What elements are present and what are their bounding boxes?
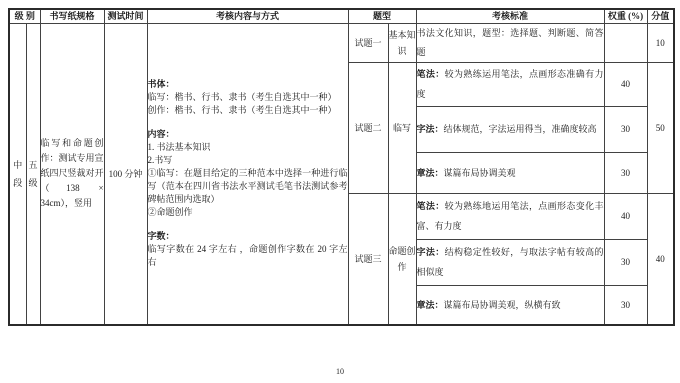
score-cell: 10 — [647, 23, 674, 62]
criteria-text: 书法文化知识，题型：选择题、判断题、简答题 — [417, 28, 604, 57]
paper-spec-cell: 临写和命题创作：测试专用宣纸四尺竖裁对开（138 × 34cm），竖用 — [40, 23, 104, 325]
section-line: 临写字数在 24 字左右 ，命题创作字数在 20 字左右 — [148, 243, 348, 269]
criteria-cell: 笔法：较为熟练地运用笔法，点画形态变化丰富、有力度 — [416, 193, 604, 239]
header-test-time: 测试时间 — [104, 9, 147, 23]
header-paper-spec: 书写纸规格 — [40, 9, 104, 23]
criteria-cell: 笔法：较为熟练运用笔法，点画形态准确有力度 — [416, 62, 604, 106]
page-number: 10 — [0, 367, 680, 376]
criteria-cell: 章法：谋篇布局协调美观，纵横有致 — [416, 285, 604, 325]
question-1-cell: 试题一 — [348, 23, 388, 62]
section-line: 临写：楷书、行书、隶书（考生自选其中一种） — [148, 91, 348, 104]
criteria-cell: 字法：结体规范，字法运用得当，准确度较高 — [416, 106, 604, 152]
criteria-text: 较为熟练运用笔法，点画形态准确有力度 — [417, 69, 604, 99]
header-weight: 权重 (%) — [604, 9, 647, 23]
question-3-cell: 试题三 — [348, 193, 388, 325]
header-content-method: 考核内容与方式 — [147, 9, 348, 23]
weight-cell: 30 — [604, 239, 647, 285]
table-header-row: 级 别 书写纸规格 测试时间 考核内容与方式 题型 考核标准 权重 (%) 分值 — [9, 9, 674, 23]
question-3-type-cell: 命题创作 — [388, 193, 416, 325]
section-title: 内容： — [148, 129, 175, 139]
weight-cell: 30 — [604, 285, 647, 325]
criteria-cell: 章法：谋篇布局协调美观 — [416, 152, 604, 193]
question-1-type-cell: 基本知识 — [388, 23, 416, 62]
criteria-cell: 书法文化知识，题型：选择题、判断题、简答题 — [416, 23, 604, 62]
section-line: 1. 书法基本知识 — [148, 141, 348, 154]
criteria-label: 字法： — [417, 247, 445, 257]
document-page: 级 别 书写纸规格 测试时间 考核内容与方式 题型 考核标准 权重 (%) 分值… — [0, 0, 680, 383]
content-method-cell: 书体： 临写：楷书、行书、隶书（考生自选其中一种） 创作：楷书、行书、隶书（考生… — [147, 23, 348, 325]
header-question-type: 题型 — [348, 9, 416, 23]
grade-cell: 五级 — [26, 23, 40, 325]
stage-label: 中段 — [13, 156, 22, 192]
header-criteria: 考核标准 — [416, 9, 604, 23]
criteria-text: 结体规范，字法运用得当，准确度较高 — [444, 124, 597, 134]
weight-cell: 40 — [604, 62, 647, 106]
weight-cell: 40 — [604, 193, 647, 239]
section-line: 创作：楷书、行书、隶书（考生自选其中一种） — [148, 104, 348, 117]
content-section-word-count: 字数： 临写字数在 24 字左右 ，命题创作字数在 20 字左右 — [148, 230, 348, 269]
section-line: ②命题创作 — [148, 206, 348, 219]
table-row: 中段 五级 临写和命题创作：测试专用宣纸四尺竖裁对开（138 × 34cm），竖… — [9, 23, 674, 62]
criteria-text: 较为熟练地运用笔法，点画形态变化丰富、有力度 — [417, 201, 604, 231]
criteria-label: 字法： — [417, 124, 444, 134]
grade-label: 五级 — [29, 156, 38, 192]
header-score: 分值 — [647, 9, 674, 23]
criteria-label: 笔法： — [417, 69, 445, 79]
content-section-content: 内容： 1. 书法基本知识 2.书写 ①临写：在题目给定的三种范本中选择一种进行… — [148, 128, 348, 219]
criteria-label: 笔法： — [417, 201, 445, 211]
criteria-cell: 字法：结构稳定性较好，与取法字帖有较高的相似度 — [416, 239, 604, 285]
header-level: 级 别 — [9, 9, 40, 23]
section-line: ①临写：在题目给定的三种范本中选择一种进行临写（范本在四川省书法水平测试毛笔书法… — [148, 167, 348, 206]
test-time-cell: 100 分钟 — [104, 23, 147, 325]
criteria-text: 结构稳定性较好，与取法字帖有较高的相似度 — [417, 247, 604, 277]
content-section-typeface: 书体： 临写：楷书、行书、隶书（考生自选其中一种） 创作：楷书、行书、隶书（考生… — [148, 78, 348, 117]
weight-cell: 30 — [604, 152, 647, 193]
criteria-label: 章法： — [417, 300, 444, 310]
weight-cell — [604, 23, 647, 62]
question-2-cell: 试题二 — [348, 62, 388, 193]
section-title: 书体： — [148, 79, 175, 89]
section-title: 字数： — [148, 231, 175, 241]
score-cell: 40 — [647, 193, 674, 325]
question-2-type-cell: 临写 — [388, 62, 416, 193]
weight-cell: 30 — [604, 106, 647, 152]
criteria-label: 章法： — [417, 168, 444, 178]
score-cell: 50 — [647, 62, 674, 193]
section-line: 2.书写 — [148, 154, 348, 167]
assessment-spec-table: 级 别 书写纸规格 测试时间 考核内容与方式 题型 考核标准 权重 (%) 分值… — [8, 8, 675, 326]
criteria-text: 谋篇布局协调美观 — [444, 168, 516, 178]
stage-cell: 中段 — [9, 23, 26, 325]
criteria-text: 谋篇布局协调美观，纵横有致 — [444, 300, 561, 310]
